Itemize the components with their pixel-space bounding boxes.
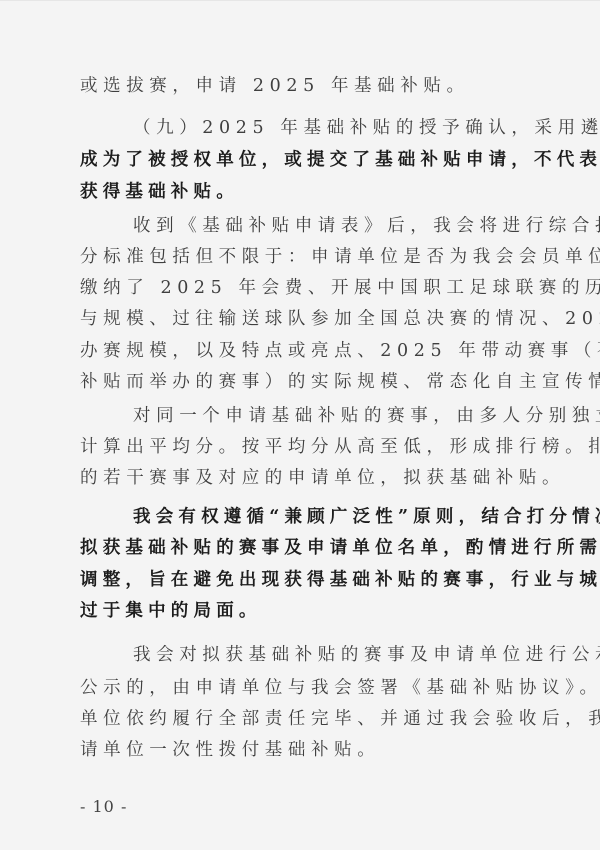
text-segment: 单位依约履行全部责任完毕、并通过我会验收后，我会向申 (80, 709, 600, 729)
bold-text-segment: 过于集中的局面。 (80, 601, 262, 621)
text-segment: （九）2025 年基础补贴的授予确认，采用遴选制。 (133, 118, 600, 138)
text-segment: 我会对拟获基础补贴的赛事及申请单位进行公示。通过 (133, 645, 600, 665)
text-segment: 计算出平均分。按平均分从高至低，形成排行榜。排名靠前 (80, 437, 600, 457)
bold-text-segment: 成为了被授权单位，或提交了基础补贴申请，不代表一定能 (80, 150, 600, 170)
bold-text-segment: 调整，旨在避免出现获得基础补贴的赛事，行业与城市分布 (80, 570, 600, 590)
text-segment: 的若干赛事及对应的申请单位，拟获基础补贴。 (80, 468, 565, 488)
text-segment: 与规模、过往输送球队参加全国总决赛的情况、2025 年实际 (80, 309, 600, 329)
text-line: 成为了被授权单位，或提交了基础补贴申请，不代表一定能 (80, 147, 600, 173)
text-line: 补贴而举办的赛事）的实际规模、常态化自主宣传情况等。 (80, 369, 600, 395)
text-line: 调整，旨在避免出现获得基础补贴的赛事，行业与城市分布 (80, 567, 600, 593)
text-segment: 请单位一次性拨付基础补贴。 (80, 740, 380, 760)
text-line: 计算出平均分。按平均分从高至低，形成排行榜。排名靠前 (80, 434, 600, 460)
bold-text-segment: 拟获基础补贴的赛事及申请单位名单，酌情进行所需的局部 (80, 538, 600, 558)
text-segment: 收到《基础补贴申请表》后，我会将进行综合打分，打 (133, 216, 600, 236)
text-line: 过于集中的局面。 (80, 598, 262, 624)
text-segment: 分标准包括但不限于：申请单位是否为我会会员单位、是否 (80, 247, 600, 267)
document-page: 或选拔赛，申请 2025 年基础补贴。（九）2025 年基础补贴的授予确认，采用… (0, 0, 600, 850)
text-line: 我会对拟获基础补贴的赛事及申请单位进行公示。通过 (133, 642, 600, 668)
text-line: 拟获基础补贴的赛事及申请单位名单，酌情进行所需的局部 (80, 535, 600, 561)
text-segment: 办赛规模，以及特点或亮点、2025 年带动赛事（不使用基础 (80, 341, 600, 361)
text-line: 与规模、过往输送球队参加全国总决赛的情况、2025 年实际 (80, 306, 600, 332)
page-number: - 10 - (80, 797, 127, 816)
text-segment: 缴纳了 2025 年会费、开展中国职工足球联赛的历史连续性 (80, 278, 600, 298)
text-line: 的若干赛事及对应的申请单位，拟获基础补贴。 (80, 465, 565, 491)
text-line: 办赛规模，以及特点或亮点、2025 年带动赛事（不使用基础 (80, 338, 600, 364)
text-line: 对同一个申请基础补贴的赛事，由多人分别独立打分， (133, 403, 600, 429)
text-line: 我会有权遵循“兼顾广泛性”原则，结合打分情况，对 (133, 504, 600, 530)
text-line: 公示的，由申请单位与我会签署《基础补贴协议》。在申请 (80, 675, 600, 701)
text-line: （九）2025 年基础补贴的授予确认，采用遴选制。即， (133, 115, 600, 141)
text-segment: 或选拔赛，申请 2025 年基础补贴。 (80, 76, 470, 96)
text-segment: 对同一个申请基础补贴的赛事，由多人分别独立打分， (133, 406, 600, 426)
text-line: 或选拔赛，申请 2025 年基础补贴。 (80, 73, 470, 99)
text-line: 缴纳了 2025 年会费、开展中国职工足球联赛的历史连续性 (80, 275, 600, 301)
bold-text-segment: 获得基础补贴。 (80, 182, 239, 202)
text-line: 收到《基础补贴申请表》后，我会将进行综合打分，打 (133, 213, 600, 239)
text-line: 请单位一次性拨付基础补贴。 (80, 737, 380, 763)
text-line: 获得基础补贴。 (80, 179, 239, 205)
text-segment: 补贴而举办的赛事）的实际规模、常态化自主宣传情况等。 (80, 372, 600, 392)
bold-text-segment: 我会有权遵循“兼顾广泛性”原则，结合打分情况，对 (133, 507, 600, 527)
text-line: 单位依约履行全部责任完毕、并通过我会验收后，我会向申 (80, 706, 600, 732)
text-segment: 公示的，由申请单位与我会签署《基础补贴协议》。在申请 (80, 678, 600, 698)
text-line: 分标准包括但不限于：申请单位是否为我会会员单位、是否 (80, 244, 600, 270)
